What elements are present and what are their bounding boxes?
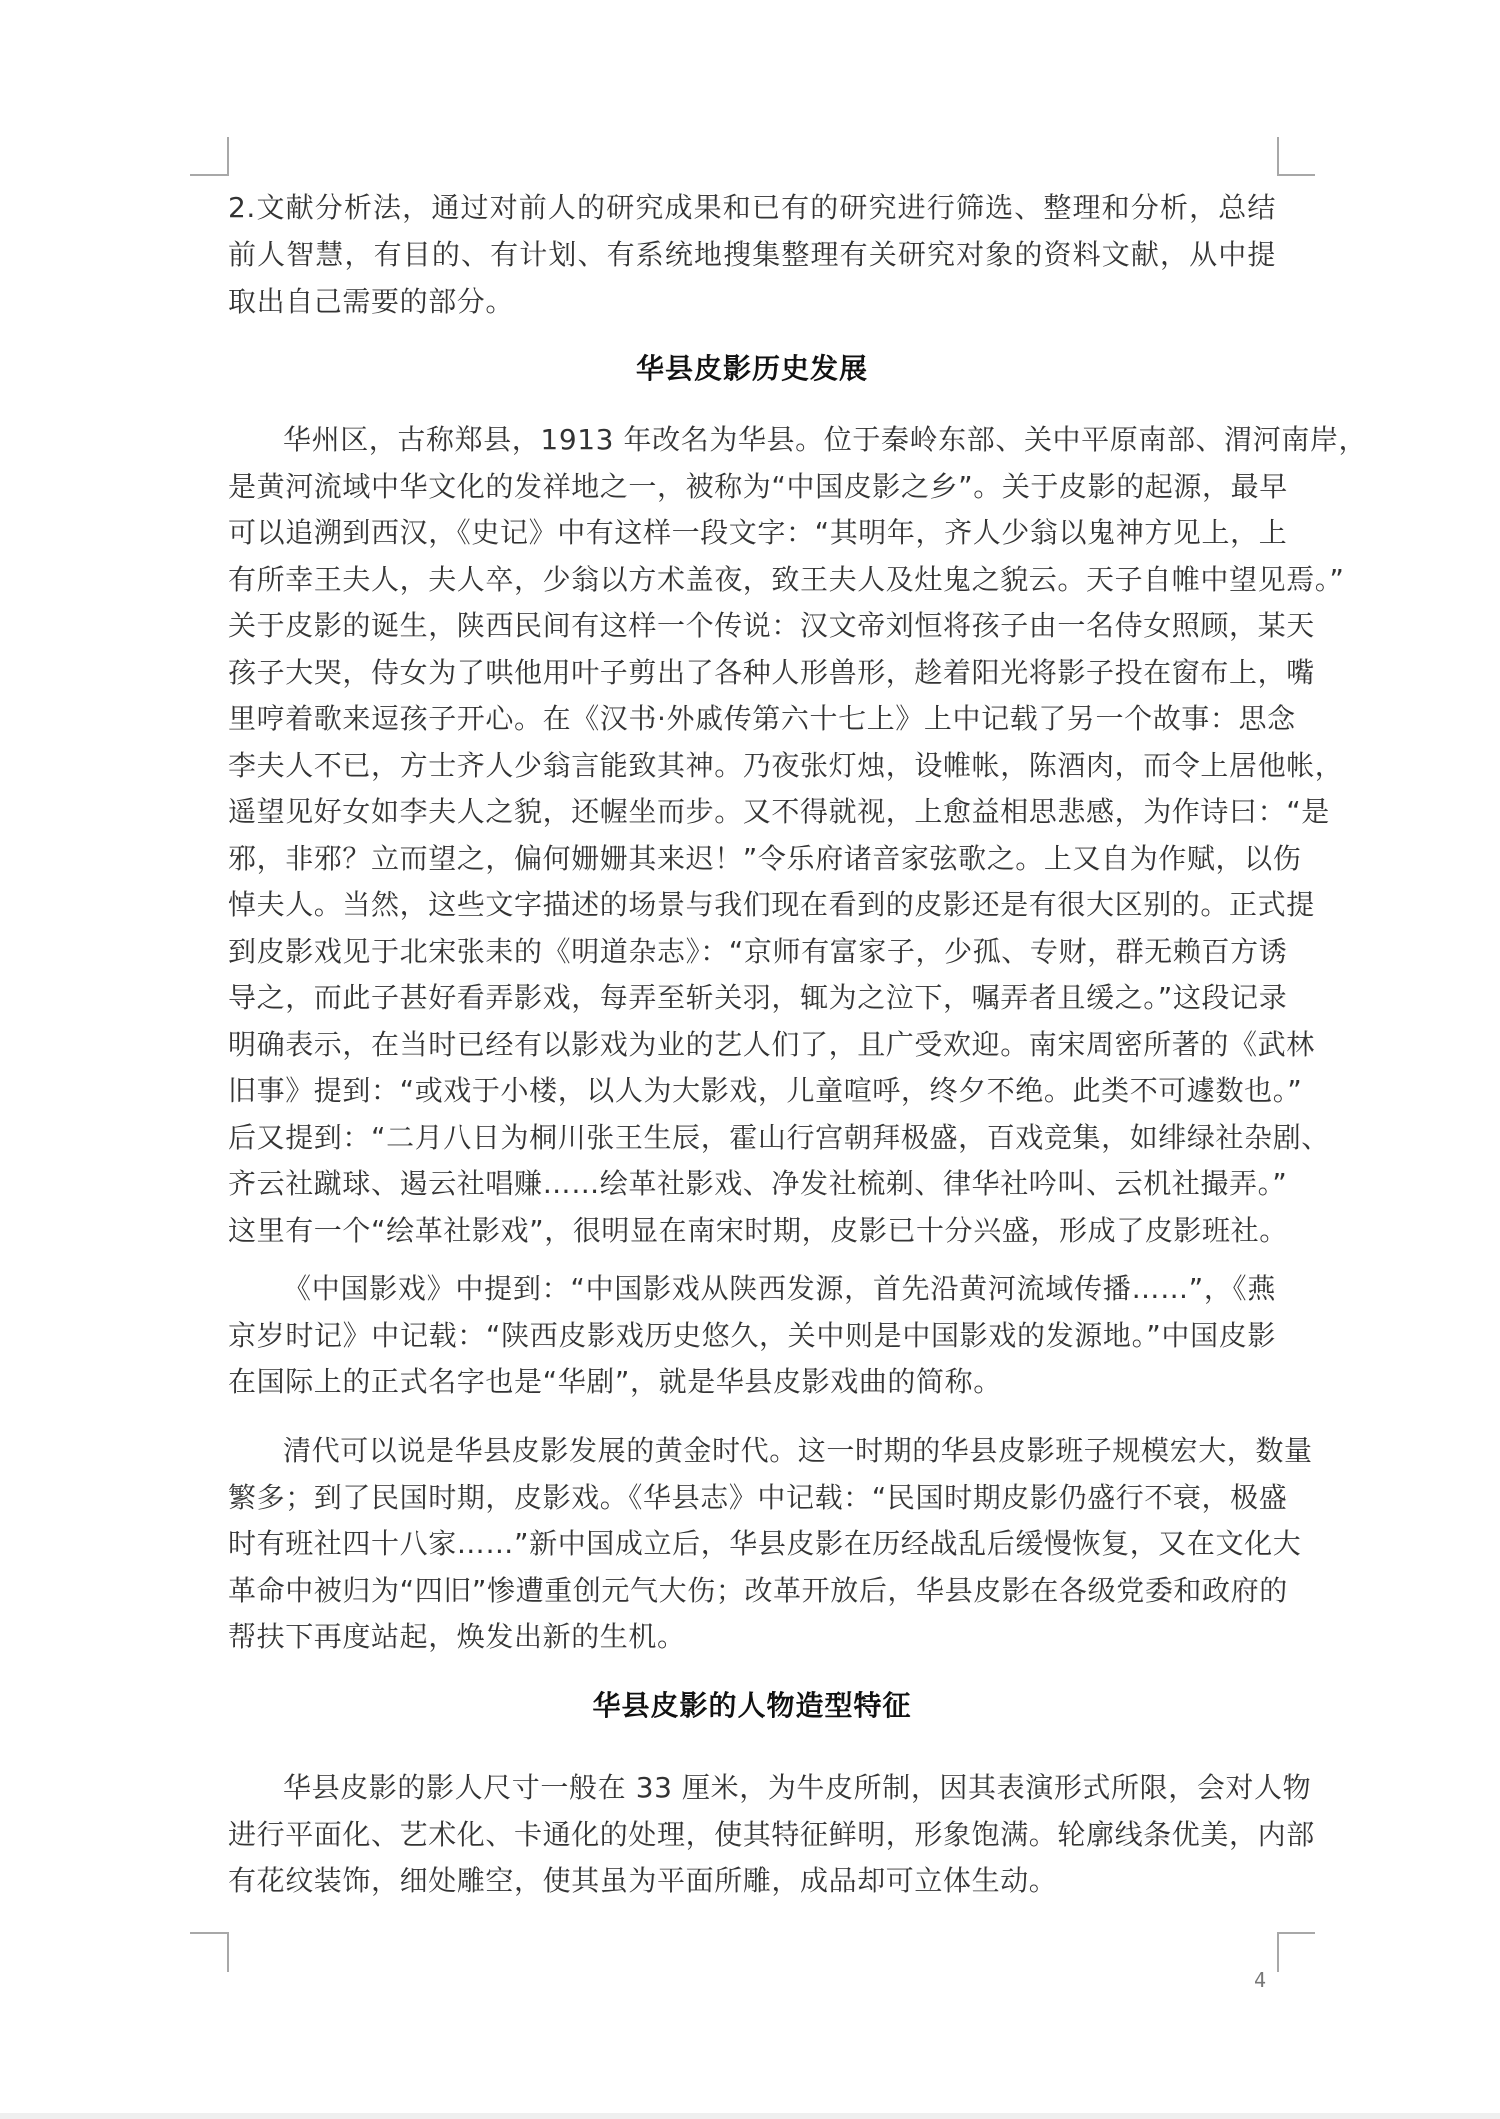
page-number: 4 bbox=[1254, 1968, 1266, 1992]
text-line: 到皮影戏见于北宋张耒的《明道杂志》：“京师有富家子，少孤、专财，群无赖百方诱 bbox=[228, 928, 1276, 975]
text-line: 帮扶下再度站起，焕发出新的生机。 bbox=[228, 1613, 1276, 1660]
text-line: 华州区，古称郑县，1913 年改名为华县。位于秦岭东部、关中平原南部、渭河南岸， bbox=[283, 416, 1276, 463]
text-line: 关于皮影的诞生，陕西民间有这样一个传说：汉文帝刘恒将孩子由一名侍女照顾，某天 bbox=[228, 602, 1276, 649]
text-line: 邪，非邪？立而望之，偏何姗姗其来迟！”令乐府诸音家弦歌之。上又自为作赋，以伤 bbox=[228, 835, 1276, 882]
page-bottom-gutter bbox=[0, 2113, 1500, 2119]
text-line: 可以追溯到西汉，《史记》中有这样一段文字：“其明年，齐人少翁以鬼神方见上，上 bbox=[228, 509, 1276, 556]
text-line: 里哼着歌来逗孩子开心。在《汉书·外戚传第六十七上》上中记载了另一个故事：思念 bbox=[228, 695, 1276, 742]
text-line: 悼夫人。当然，这些文字描述的场景与我们现在看到的皮影还是有很大区别的。正式提 bbox=[228, 881, 1276, 928]
text-line: 旧事》提到：“或戏于小楼，以人为大影戏，儿童喧呼，终夕不绝。此类不可遽数也。” bbox=[228, 1067, 1276, 1114]
text-line: 在国际上的正式名字也是“华剧”，就是华县皮影戏曲的简称。 bbox=[228, 1358, 1276, 1405]
crop-mark-bottom-left-vertical bbox=[227, 1932, 229, 1972]
text-line: 明确表示，在当时已经有以影戏为业的艺人们了，且广受欢迎。南宋周密所著的《武林 bbox=[228, 1021, 1276, 1068]
text-line: 有花纹装饰，细处雕空，使其虽为平面所雕，成品却可立体生动。 bbox=[228, 1857, 1276, 1904]
crop-mark-top-right-horizontal bbox=[1277, 174, 1315, 176]
text-line: 京岁时记》中记载：“陕西皮影戏历史悠久，关中则是中国影戏的发源地。”中国皮影 bbox=[228, 1312, 1276, 1359]
crop-mark-bottom-right-horizontal bbox=[1277, 1932, 1315, 1934]
text-line: 李夫人不已，方士齐人少翁言能致其神。乃夜张灯烛，设帷帐，陈酒肉，而令上居他帐， bbox=[228, 742, 1276, 789]
text-line: 进行平面化、艺术化、卡通化的处理，使其特征鲜明，形象饱满。轮廓线条优美，内部 bbox=[228, 1811, 1276, 1858]
section-heading-history: 华县皮影历史发展 bbox=[228, 345, 1276, 392]
crop-mark-top-left-vertical bbox=[227, 137, 229, 175]
text-line: 清代可以说是华县皮影发展的黄金时代。这一时期的华县皮影班子规模宏大，数量 bbox=[283, 1427, 1276, 1474]
text-line: 时有班社四十八家……”新中国成立后，华县皮影在历经战乱后缓慢恢复，又在文化大 bbox=[228, 1520, 1276, 1567]
text-line: 孩子大哭，侍女为了哄他用叶子剪出了各种人形兽形，趁着阳光将影子投在窗布上，嘴 bbox=[228, 649, 1276, 696]
text-line: 齐云社蹴球、遏云社唱赚……绘革社影戏、净发社梳剃、律华社吟叫、云机社撮弄。” bbox=[228, 1160, 1276, 1207]
text-line: 《中国影戏》中提到：“中国影戏从陕西发源，首先沿黄河流域传播……”，《燕 bbox=[283, 1265, 1276, 1312]
text-line: 导之，而此子甚好看弄影戏，每弄至斩关羽，辄为之泣下，嘱弄者且缓之。”这段记录 bbox=[228, 974, 1276, 1021]
text-line: 取出自己需要的部分。 bbox=[228, 278, 1276, 325]
document-page: 2.文献分析法，通过对前人的研究成果和已有的研究进行筛选、整理和分析，总结 前人… bbox=[0, 0, 1500, 2113]
section-heading-characters: 华县皮影的人物造型特征 bbox=[228, 1682, 1276, 1729]
text-line: 2.文献分析法，通过对前人的研究成果和已有的研究进行筛选、整理和分析，总结 bbox=[228, 184, 1276, 231]
text-line: 繁多；到了民国时期，皮影戏。《华县志》中记载：“民国时期皮影仍盛行不衰，极盛 bbox=[228, 1474, 1276, 1521]
text-line: 前人智慧，有目的、有计划、有系统地搜集整理有关研究对象的资料文献，从中提 bbox=[228, 231, 1276, 278]
crop-mark-bottom-left-horizontal bbox=[190, 1932, 229, 1934]
crop-mark-top-left-horizontal bbox=[190, 174, 229, 176]
crop-mark-bottom-right-vertical bbox=[1277, 1932, 1279, 1972]
text-line: 这里有一个“绘革社影戏”，很明显在南宋时期，皮影已十分兴盛，形成了皮影班社。 bbox=[228, 1207, 1276, 1254]
text-line: 是黄河流域中华文化的发祥地之一，被称为“中国皮影之乡”。关于皮影的起源，最早 bbox=[228, 463, 1276, 510]
text-line: 革命中被归为“四旧”惨遭重创元气大伤；改革开放后，华县皮影在各级党委和政府的 bbox=[228, 1567, 1276, 1614]
text-line: 华县皮影的影人尺寸一般在 33 厘米，为牛皮所制，因其表演形式所限，会对人物 bbox=[283, 1764, 1276, 1811]
crop-mark-top-right-vertical bbox=[1277, 137, 1279, 175]
text-line: 有所幸王夫人，夫人卒，少翁以方术盖夜，致王夫人及灶鬼之貌云。天子自帷中望见焉。” bbox=[228, 556, 1276, 603]
text-line: 后又提到：“二月八日为桐川张王生辰，霍山行宫朝拜极盛，百戏竞集，如绯绿社杂剧、 bbox=[228, 1114, 1276, 1161]
text-line: 遥望见好女如李夫人之貌，还幄坐而步。又不得就视，上愈益相思悲感，为作诗曰：“是 bbox=[228, 788, 1276, 835]
